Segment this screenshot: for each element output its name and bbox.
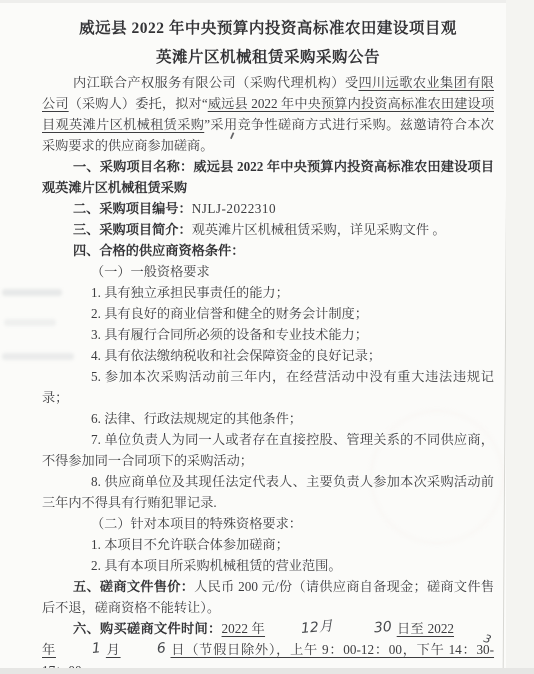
scanned-document-page: 威远县 2022 年中央预算内投资高标准农田建设项目观 英滩片区机械租赁采购采购… xyxy=(0,0,534,674)
section-6-label: 六、购买磋商文件时间： xyxy=(73,621,222,636)
intro-paragraph: 内江联合产权服务有限公司（采购代理机构）受四川远歌农业集团有限公司（采购人）委托… xyxy=(42,72,494,156)
section-4-qualifications: 四、合格的供应商资格条件： xyxy=(42,240,494,261)
printed-year-start: 2022 年 xyxy=(222,621,266,636)
page-title: 威远县 2022 年中央预算内投资高标准农田建设项目观 英滩片区机械租赁采购采购… xyxy=(42,14,494,72)
section-2-project-number: 二、采购项目编号：NJLJ-2022310 xyxy=(42,198,494,219)
intro-mid: （采购人）委托，拟对“ xyxy=(69,96,208,111)
ink-bleed-artifact xyxy=(2,353,74,360)
section-4-label: 四、合格的供应商资格条件： xyxy=(73,243,244,258)
scan-edge-right xyxy=(506,0,534,674)
section-5-document-price: 五、磋商文件售价：人民币 200 元/份（请供应商自备现金；磋商文件售后不退，磋… xyxy=(42,576,494,618)
handwritten-start-day: 30 xyxy=(337,619,397,638)
handwritten-start-month: 12月 xyxy=(265,619,339,639)
ink-bleed-artifact xyxy=(2,289,62,296)
printed-year-unit: 年 xyxy=(42,642,56,657)
intro-pre: 内江联合产权服务有限公司（采购代理机构）受 xyxy=(73,75,358,90)
section-5-label: 五、磋商文件售价： xyxy=(73,579,194,594)
section-3-text: 观英滩片区机械租赁采购，详见采购文件 。 xyxy=(192,222,446,237)
ink-bleed-artifact xyxy=(4,319,56,326)
general-requirements-heading: （一）一般资格要求 xyxy=(42,261,494,282)
section-6-purchase-time: 六、购买磋商文件时间：2022 年12月30日至 20223年1月6日（节假日除… xyxy=(42,618,494,674)
printed-month-unit: 月 xyxy=(106,642,121,657)
scan-edge-top xyxy=(0,0,534,3)
section-1-project-name: 一、采购项目名称：威远县 2022 年中央预算内投资高标准农田建设项目观英滩片区… xyxy=(42,156,494,198)
section-3-label: 三、采购项目简介： xyxy=(73,222,192,237)
document-body: 内江联合产权服务有限公司（采购代理机构）受四川远歌农业集团有限公司（采购人）委托… xyxy=(42,72,494,674)
special-item-2: 2. 具有本项目所采购机械租赁的营业范围。 xyxy=(42,555,494,576)
section-3-project-brief: 三、采购项目简介：观英滩片区机械租赁采购，详见采购文件 。 xyxy=(42,219,494,240)
title-line-1: 威远县 2022 年中央预算内投资高标准农田建设项目观 xyxy=(79,20,457,37)
general-item-2: 2. 具有良好的商业信誉和健全的财务会计制度； xyxy=(42,303,494,324)
general-item-3: 3. 具有履行合同所必须的设备和专业技术能力； xyxy=(42,324,494,345)
scan-edge-bottom xyxy=(0,668,534,674)
printed-mid: 日至 2022 xyxy=(397,621,454,636)
faint-stamp-artifact xyxy=(370,410,504,544)
handwritten-end-month: 1 xyxy=(55,641,106,659)
handwritten-end-day: 6 xyxy=(120,641,171,659)
general-item-5: 5. 参加本次采购活动前三年内，在经营活动中没有重大违法违规记录； xyxy=(42,366,494,408)
section-2-label: 二、采购项目编号： xyxy=(73,201,192,216)
section-1-label: 一、采购项目名称： xyxy=(73,159,193,174)
title-line-2: 英滩片区机械租赁采购采购公告 xyxy=(156,49,380,66)
general-item-4: 4. 具有依法缴纳税收和社会保障资金的良好记录； xyxy=(42,345,494,366)
general-item-1: 1. 具有独立承担民事责任的能力； xyxy=(42,282,494,303)
document-content: 威远县 2022 年中央预算内投资高标准农田建设项目观 英滩片区机械租赁采购采购… xyxy=(42,14,494,674)
project-number-value: NJLJ-2022310 xyxy=(192,201,276,216)
